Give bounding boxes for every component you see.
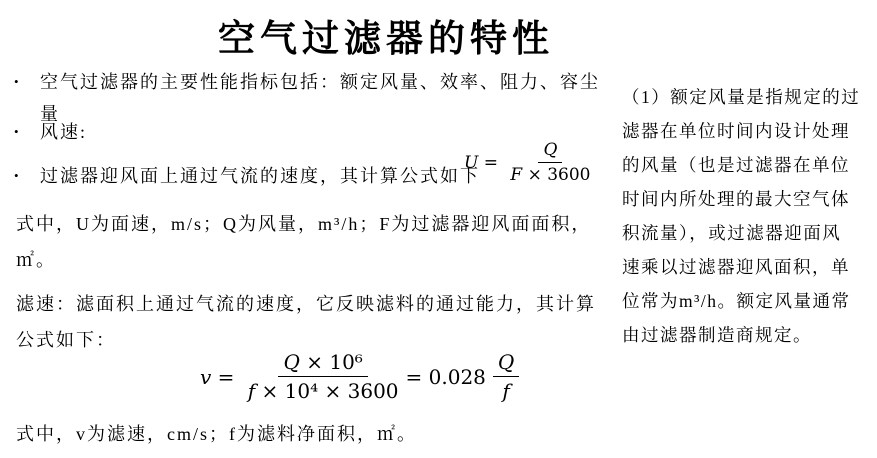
formula-u-lhs: U [464,153,478,173]
formula-u-num-var: Q [543,140,557,160]
bullet-marker: • [14,116,40,148]
fraction-denominator: f [502,377,509,403]
paragraph-filtration-velocity-intro: 滤速：滤面积上通过气流的速度，它反映滤料的通过能力，其计算 公式如下： [16,286,596,358]
formula-v-den2-var: f [502,379,509,403]
formula-v-num-rest: × 10⁶ [300,350,363,374]
result-value: = 0.028 [406,365,486,389]
rated-airflow-note: （1）额定风量是指规定的过 滤器在单位时间内设计处理 的风量（也是过滤器在单位 … [622,80,877,352]
fraction-numerator: Q [538,140,562,163]
bullet-text-wind-speed: 风速: [40,116,87,148]
fraction-denominator: f × 10⁴ × 3600 [248,377,399,403]
formula-v-lhs: v [200,365,211,389]
equals-sign: = [211,365,240,389]
fraction-numerator: Q [493,350,519,377]
fraction-numerator: Q × 10⁶ [278,350,367,377]
bullet-text-performance-indicators: 空气过滤器的主要性能指标包括：额定风量、效率、阻力、容尘 量 [40,66,600,130]
paragraph-filtration-velocity-legend: 式中，v为滤速，cm/s；f为滤料净面积，㎡。 [16,416,417,452]
bullet-item-performance-indicators: • 空气过滤器的主要性能指标包括：额定风量、效率、阻力、容尘 量 [14,66,600,130]
face-velocity-formula: U = QF × 3600 [464,140,598,185]
slide-title: 空气过滤器的特性 [0,8,772,62]
fraction: QF × 3600 [510,140,590,185]
formula-v-num2-var: Q [498,350,514,374]
bullet-item-wind-speed: • 风速: [14,116,87,148]
bullet-marker: • [14,160,40,192]
equals-sign: = [478,153,503,173]
bullet-marker: • [14,66,40,98]
formula-u-den-rest: × 3600 [522,165,590,185]
bullet-text-face-velocity: 过滤器迎风面上通过气流的速度，其计算公式如下 [40,160,480,192]
fraction: Qf [493,350,519,403]
bullet-item-face-velocity: • 过滤器迎风面上通过气流的速度，其计算公式如下 [14,160,480,192]
formula-v-num-var: Q [283,350,299,374]
formula-u-den-var: F [510,165,522,185]
paragraph-face-velocity-legend: 式中，U为面速，m/s；Q为风量，m³/h；F为过滤器迎风面面积， ㎡。 [16,206,591,278]
filtration-velocity-formula: v = Q × 10⁶f × 10⁴ × 3600= 0.028Qf [200,350,526,403]
fraction-denominator: F × 3600 [510,163,590,185]
slide: 空气过滤器的特性 • 空气过滤器的主要性能指标包括：额定风量、效率、阻力、容尘 … [0,0,877,458]
formula-v-den-rest: × 10⁴ × 3600 [255,379,398,403]
fraction: Q × 10⁶f × 10⁴ × 3600 [248,350,399,403]
